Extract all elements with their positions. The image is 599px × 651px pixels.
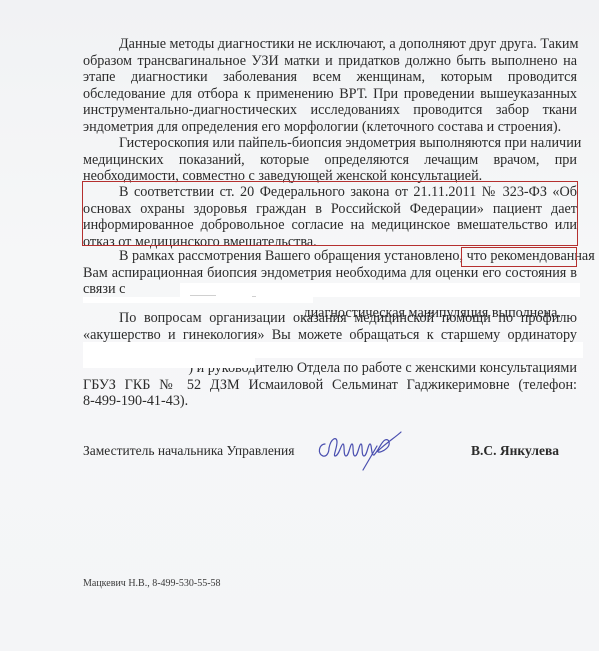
redacted-area [83,358,255,368]
redaction-residue [252,296,256,297]
text-line: инструментально-диагностических исследов… [83,102,577,119]
text-line: Данные методы диагностики не исключают, … [83,36,577,53]
text-line: Вам аспирационная биопсия эндометрия нео… [83,265,577,282]
text-line: ГБУЗ ГКБ № 52 ДЗМ Исмаиловой Сельминат Г… [83,377,577,394]
handwritten-signature-icon [315,426,405,472]
executor-contact: Мацкевич Н.В., 8-499-530-55-58 [83,578,221,589]
signatory-name: В.С. Янкулева [471,443,559,459]
text-line: основах охраны здоровья граждан в Россий… [83,201,577,218]
text-line: 8-499-190-41-43). [83,393,577,410]
text-line: В рамках рассмотрения Вашего обращения у… [83,248,577,265]
redacted-area [83,342,583,358]
text-line: этапе диагностики заболевания всем женщи… [83,69,577,86]
text-line: эндометрия для определения его морфологи… [83,119,577,136]
paragraph-diagnostics: Данные методы диагностики не исключают, … [83,36,577,135]
text-line: обследование для отбора к применению ВРТ… [83,86,577,103]
paragraph-hysteroscopy: Гистероскопия или пайпель-биопсия эндоме… [83,135,577,185]
redacted-area [83,297,313,303]
text-line: В соответствии ст. 20 Федерального закон… [83,184,577,201]
document-page: Данные методы диагностики не исключают, … [0,0,599,651]
redaction-residue [190,295,216,296]
text-line: необходимости, совместно с заведующей же… [83,168,577,185]
text-line: Гистероскопия или пайпель-биопсия эндоме… [83,135,577,152]
text-line: «акушерство и гинекология» Вы можете обр… [83,327,577,344]
signature-block: Заместитель начальника Управления В.С. Я… [83,440,577,470]
text-line: По вопросам организации оказания медицин… [83,310,577,327]
text-line: медицинских показаний, которые определяю… [83,152,577,169]
text-line: информированное добровольное согласие на… [83,217,577,234]
signatory-title: Заместитель начальника Управления [83,443,294,459]
redacted-area [180,283,580,297]
paragraph-law-reference: В соответствии ст. 20 Федерального закон… [83,184,577,250]
text-line: образом трансвагинальное УЗИ матки и при… [83,53,577,70]
